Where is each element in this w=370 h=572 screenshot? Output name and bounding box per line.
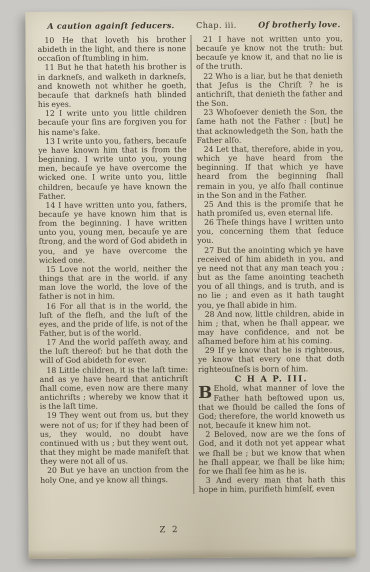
text-columns: 10 He that loveth his brother abideth in… bbox=[37, 34, 345, 495]
verse-text: Ehold, what manner of love the Father ha… bbox=[198, 383, 345, 430]
printers-signature: Z 2 bbox=[159, 525, 179, 535]
verse: 13 I write unto you, fathers, becauſe ye… bbox=[38, 136, 187, 201]
verse: 27 But the anointing which ye have recei… bbox=[197, 245, 344, 310]
verse: 20 But ye have an unction from the holy … bbox=[40, 465, 189, 484]
verse: 24 Let that, therefore, abide in you, wh… bbox=[197, 144, 344, 200]
verse: 14 I have written unto you, fathers, bec… bbox=[38, 200, 187, 265]
verse: BEhold, what manner of love the Father h… bbox=[198, 383, 345, 430]
verse: 28 And now, little children, abide in hi… bbox=[198, 309, 345, 347]
running-head-left: A caution againſt ſeducers. bbox=[47, 20, 174, 31]
verse: 19 They went out from us, but they were … bbox=[40, 410, 189, 466]
verse: 11 But he that hateth his brother is in … bbox=[38, 62, 187, 109]
verse: 22 Who is a liar, but he that denieth th… bbox=[196, 71, 343, 109]
verse: 21 I have not written unto you, becauſe … bbox=[196, 34, 343, 72]
verse: 25 And this is the promiſe that he hath … bbox=[197, 199, 344, 218]
running-head-right: Of brotherly love. bbox=[258, 19, 340, 30]
verse: 15 Love not the world, neither the thing… bbox=[39, 264, 188, 302]
verse: 16 For all that is in the world, the luſ… bbox=[39, 301, 188, 339]
running-head-chapter: Chap. iii. bbox=[196, 21, 237, 30]
verse: 29 If ye know that he is righteous, ye k… bbox=[198, 345, 345, 373]
running-head: A caution againſt ſeducers. Chap. iii. O… bbox=[37, 19, 342, 31]
right-column-verses-a: 21 I have not written unto you, becauſe … bbox=[196, 34, 345, 374]
drop-cap: B bbox=[198, 384, 214, 400]
book-page: A caution againſt ſeducers. Chap. iii. O… bbox=[25, 10, 355, 559]
verse: 3 And every man that hath this hope in h… bbox=[199, 475, 346, 494]
verse: 10 He that loveth his brother abideth in… bbox=[37, 35, 186, 63]
verse: 12 I write unto you little children beca… bbox=[38, 108, 187, 136]
verse: 23 Whoſoever denieth the Son, the ſame h… bbox=[196, 107, 343, 145]
verse: 2 Beloved, now are we the ſons of God, a… bbox=[198, 429, 345, 476]
verse: 18 Little children, it is the laſt time:… bbox=[39, 365, 188, 412]
left-column: 10 He that loveth his brother abideth in… bbox=[37, 35, 192, 495]
verse: 26 Theſe things have I written unto you,… bbox=[197, 217, 344, 245]
right-column-verses-b: 2 Beloved, now are we the ſons of God, a… bbox=[198, 429, 345, 494]
right-column: 21 I have not written unto you, becauſe … bbox=[190, 34, 345, 494]
verse: 17 And the world paſſeth away, and the l… bbox=[39, 337, 188, 365]
